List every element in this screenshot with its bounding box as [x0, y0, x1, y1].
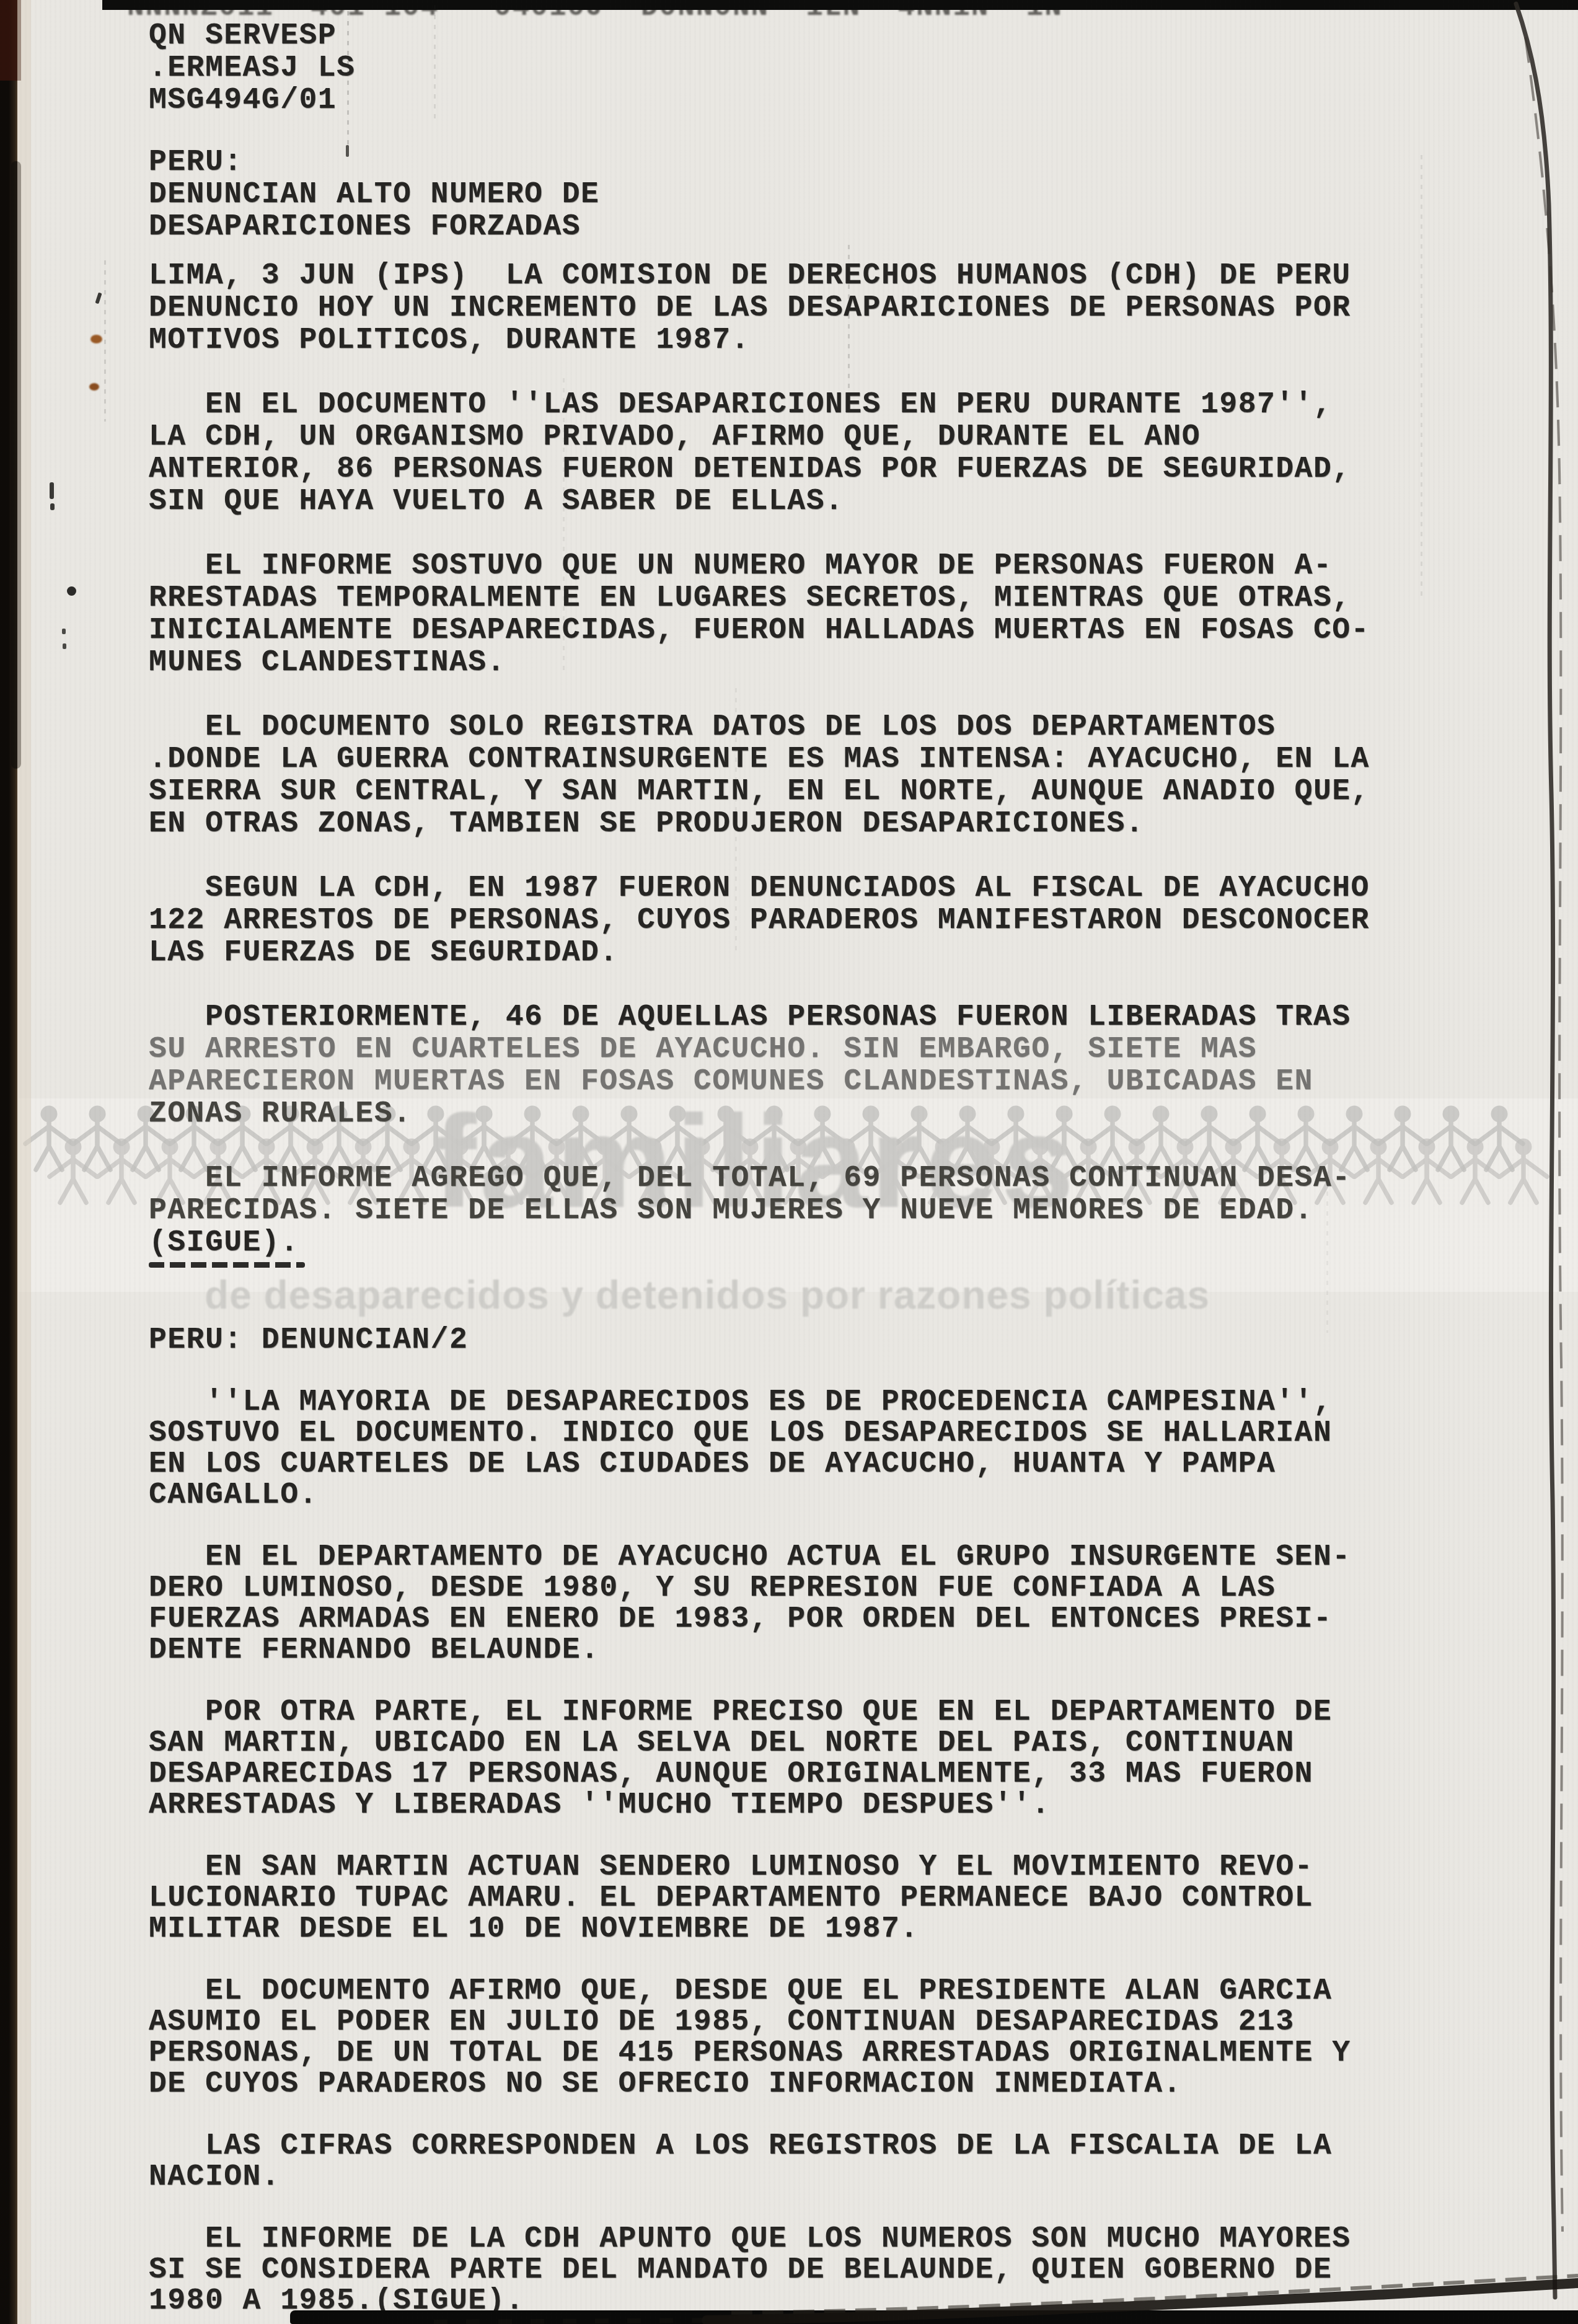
paragraph-3: EL INFORME SOSTUVO QUE UN NUMERO MAYOR D… [149, 550, 1370, 679]
scan-bottom-bar [290, 2310, 1578, 2324]
text-line: INICIALAMENTE DESAPARECIDAS, FUERON HALL… [149, 614, 1370, 647]
paragraph-10: POR OTRA PARTE, EL INFORME PRECISO QUE E… [149, 1697, 1332, 1821]
text-line: EN LOS CUARTELES DE LAS CIUDADES DE AYAC… [149, 1449, 1332, 1480]
scan-streak [1421, 155, 1422, 601]
text-line: POSTERIORMENTE, 46 DE AQUELLAS PERSONAS … [149, 1001, 1351, 1033]
text-line: ZONAS RURALES. [149, 1098, 1351, 1130]
text-line: ASUMIO EL PODER EN JULIO DE 1985, CONTIN… [149, 2007, 1351, 2038]
text-line: SU ARRESTO EN CUARTELES DE AYACUCHO. SIN… [149, 1033, 1351, 1066]
paper-edge-highlight [17, 0, 31, 2324]
text-line: MSG494G/01 [149, 84, 355, 117]
text-line: APARECIERON MUERTAS EN FOSAS COMUNES CLA… [149, 1066, 1351, 1098]
sigue-underline-dashes [149, 1262, 305, 1268]
margin-mark [50, 482, 54, 499]
text-line: (SIGUE). [149, 1227, 1351, 1259]
text-line: EL DOCUMENTO AFIRMO QUE, DESDE QUE EL PR… [149, 1976, 1351, 2007]
paragraph-6: POSTERIORMENTE, 46 DE AQUELLAS PERSONAS … [149, 1001, 1351, 1130]
text-line: LAS CIFRAS CORRESPONDEN A LOS REGISTROS … [149, 2131, 1332, 2162]
text-line: DENUNCIO HOY UN INCREMENTO DE LAS DESAPA… [149, 292, 1351, 324]
text-line: SIN QUE HAYA VUELTO A SABER DE ELLAS. [149, 485, 1351, 518]
paragraph-5: SEGUN LA CDH, EN 1987 FUERON DENUNCIADOS… [149, 872, 1370, 969]
text-line: DE CUYOS PARADEROS NO SE OFRECIO INFORMA… [149, 2069, 1351, 2100]
text-line: EN SAN MARTIN ACTUAN SENDERO LUMINOSO Y … [149, 1852, 1313, 1883]
text-line: PERU: DENUNCIAN/2 [149, 1325, 468, 1356]
watermark-subtitle: de desaparecidos y detenidos por razones… [205, 1272, 1210, 1318]
text-line: QN SERVESP [149, 20, 355, 52]
paragraph-1: LIMA, 3 JUN (IPS) LA COMISION DE DERECHO… [149, 260, 1351, 356]
paragraph-13: LAS CIFRAS CORRESPONDEN A LOS REGISTROS … [149, 2131, 1332, 2193]
text-line: FUERZAS ARMADAS EN ENERO DE 1983, POR OR… [149, 1604, 1351, 1635]
text-line: DERO LUMINOSO, DESDE 1980, Y SU REPRESIO… [149, 1573, 1351, 1604]
text-line: LA CDH, UN ORGANISMO PRIVADO, AFIRMO QUE… [149, 421, 1351, 453]
text-line: EL DOCUMENTO SOLO REGISTRA DATOS DE LOS … [149, 711, 1370, 743]
text-line: NACION. [149, 2162, 1332, 2193]
text-line: MOTIVOS POLITICOS, DURANTE 1987. [149, 324, 1351, 356]
text-line: MILITAR DESDE EL 10 DE NOVIEMBRE DE 1987… [149, 1914, 1313, 1945]
text-line: PERSONAS, DE UN TOTAL DE 415 PERSONAS AR… [149, 2038, 1351, 2069]
margin-mark [62, 629, 66, 634]
text-line: EN OTRAS ZONAS, TAMBIEN SE PRODUJERON DE… [149, 808, 1370, 840]
text-line: PARECIDAS. SIETE DE ELLAS SON MUJERES Y … [149, 1195, 1351, 1227]
scanned-document-page: familiares de desaparecidos y detenidos … [0, 0, 1578, 2324]
text-line: EL INFORME AGREGO QUE, DEL TOTAL, 69 PER… [149, 1162, 1351, 1195]
text-line: ''LA MAYORIA DE DESAPARECIDOS ES DE PROC… [149, 1387, 1332, 1418]
margin-dot [67, 586, 76, 596]
text-line: PERU: [149, 146, 599, 179]
scan-top-bar [102, 0, 1578, 10]
rust-spot [90, 335, 102, 343]
text-line: LUCIONARIO TUPAC AMARU. EL DEPARTAMENTO … [149, 1883, 1313, 1914]
story-title: PERU:DENUNCIAN ALTO NUMERO DEDESAPARICIO… [149, 146, 599, 243]
paragraph-7: EL INFORME AGREGO QUE, DEL TOTAL, 69 PER… [149, 1162, 1351, 1259]
text-line: MUNES CLANDESTINAS. [149, 647, 1370, 679]
paragraph-11: EN SAN MARTIN ACTUAN SENDERO LUMINOSO Y … [149, 1852, 1313, 1945]
text-line: ANTERIOR, 86 PERSONAS FUERON DETENIDAS P… [149, 453, 1351, 485]
text-line: DENTE FERNANDO BELAUNDE. [149, 1635, 1351, 1666]
text-line: CANGALLO. [149, 1480, 1332, 1511]
text-line: 122 ARRESTOS DE PERSONAS, CUYOS PARADERO… [149, 904, 1370, 937]
scan-streak [104, 260, 106, 422]
margin-mark [95, 293, 102, 304]
text-line: LIMA, 3 JUN (IPS) LA COMISION DE DERECHO… [149, 260, 1351, 292]
text-line: EN EL DOCUMENTO ''LAS DESAPARICIONES EN … [149, 389, 1351, 421]
text-line: EN EL DEPARTAMENTO DE AYACUCHO ACTUA EL … [149, 1542, 1351, 1573]
text-line: SEGUN LA CDH, EN 1987 FUERON DENUNCIADOS… [149, 872, 1370, 904]
text-line: DENUNCIAN ALTO NUMERO DE [149, 179, 599, 211]
paragraph-12: EL DOCUMENTO AFIRMO QUE, DESDE QUE EL PR… [149, 1976, 1351, 2100]
text-line: ARRESTADAS Y LIBERADAS ''MUCHO TIEMPO DE… [149, 1790, 1332, 1821]
text-line: SI SE CONSIDERA PARTE DEL MANDATO DE BEL… [149, 2255, 1351, 2286]
paragraph-14: EL INFORME DE LA CDH APUNTO QUE LOS NUME… [149, 2224, 1351, 2317]
margin-mark [63, 643, 66, 649]
text-line: SOSTUVO EL DOCUMENTO. INDICO QUE LOS DES… [149, 1418, 1332, 1449]
text-line: .DONDE LA GUERRA CONTRAINSURGENTE ES MAS… [149, 743, 1370, 775]
text-line: SIERRA SUR CENTRAL, Y SAN MARTIN, EN EL … [149, 775, 1370, 808]
wire-header: QN SERVESP.ERMEASJ LSMSG494G/01 [149, 20, 355, 117]
text-line: DESAPARECIDAS 17 PERSONAS, AUNQUE ORIGIN… [149, 1759, 1332, 1790]
paragraph-4: EL DOCUMENTO SOLO REGISTRA DATOS DE LOS … [149, 711, 1370, 840]
text-line: EL INFORME DE LA CDH APUNTO QUE LOS NUME… [149, 2224, 1351, 2255]
rust-spot [89, 383, 99, 391]
text-line: EL INFORME SOSTUVO QUE UN NUMERO MAYOR D… [149, 550, 1370, 582]
paragraph-8: ''LA MAYORIA DE DESAPARECIDOS ES DE PROC… [149, 1387, 1332, 1511]
text-line: DESAPARICIONES FORZADAS [149, 211, 599, 243]
paragraph-2: EN EL DOCUMENTO ''LAS DESAPARICIONES EN … [149, 389, 1351, 518]
text-line: .ERMEASJ LS [149, 52, 355, 84]
margin-mark [50, 503, 55, 510]
text-line: LAS FUERZAS DE SEGURIDAD. [149, 937, 1370, 969]
text-line: POR OTRA PARTE, EL INFORME PRECISO QUE E… [149, 1697, 1332, 1728]
text-line: SAN MARTIN, UBICADO EN LA SELVA DEL NORT… [149, 1728, 1332, 1759]
story2-title: PERU: DENUNCIAN/2 [149, 1325, 468, 1356]
text-line: RRESTADAS TEMPORALMENTE EN LUGARES SECRE… [149, 582, 1370, 614]
paragraph-9: EN EL DEPARTAMENTO DE AYACUCHO ACTUA EL … [149, 1542, 1351, 1666]
